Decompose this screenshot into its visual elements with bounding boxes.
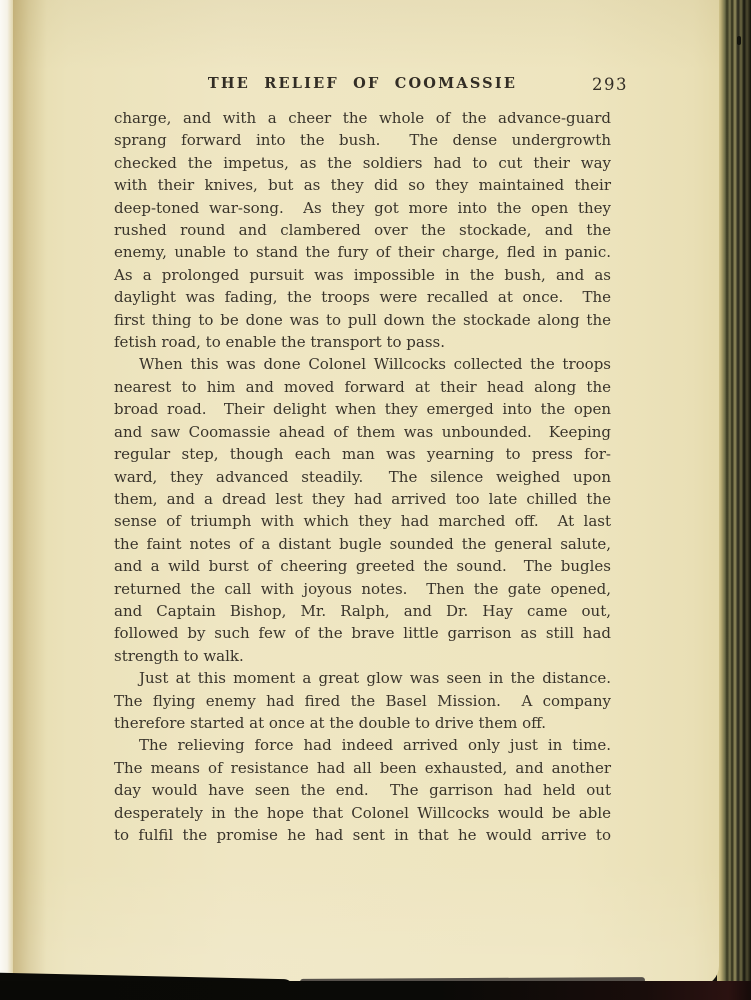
text-line: When this was done Colonel Willcocks col… [114,353,611,375]
text-line: checked the impetus, as the soldiers had… [114,152,611,174]
text-line: regular step, though each man was yearni… [114,443,611,465]
text-line: to fulfil the promise he had sent in tha… [114,824,611,846]
text-line: daylight was fading, the troops were rec… [114,286,611,308]
text-line: enemy, unable to stand the fury of their… [114,241,611,263]
facing-page-edge [0,0,13,1000]
text-line: As a prolonged pursuit was impossible in… [114,264,611,286]
text-line: with their knives, but as they did so th… [114,174,611,196]
text-line: and Captain Bishop, Mr. Ralph, and Dr. H… [114,600,611,622]
body-text-block: charge, and with a cheer the whole of th… [114,107,611,846]
text-line: therefore started at once at the double … [114,712,611,734]
page-header: THE RELIEF OF COOMASSIE 293 [114,74,611,96]
text-line: returned the call with joyous notes. The… [114,578,611,600]
text-line: first thing to be done was to pull down … [114,309,611,331]
text-line: The flying enemy had fired the Basel Mis… [114,690,611,712]
text-line: day would have seen the end. The garriso… [114,779,611,801]
text-line: fetish road, to enable the transport to … [114,331,611,353]
text-line: The relieving force had indeed arrived o… [114,734,611,756]
book-cover-bottom [0,981,751,1000]
text-line: and a wild burst of cheering greeted the… [114,555,611,577]
text-line: and saw Coomassie ahead of them was unbo… [114,421,611,443]
text-line: strength to walk. [114,645,611,667]
scan-speck [737,36,741,45]
text-line: ward, they advanced steadily. The silenc… [114,466,611,488]
page-number: 293 [592,75,628,94]
page-edge-stack [717,0,751,1000]
text-line: desperately in the hope that Colonel Wil… [114,802,611,824]
text-line: followed by such few of the brave little… [114,622,611,644]
text-line: rushed round and clambered over the stoc… [114,219,611,241]
book-page: THE RELIEF OF COOMASSIE 293 charge, and … [13,0,719,986]
text-line: Just at this moment a great glow was see… [114,667,611,689]
text-line: charge, and with a cheer the whole of th… [114,107,611,129]
text-line: nearest to him and moved forward at thei… [114,376,611,398]
text-line: deep-toned war-song. As they got more in… [114,197,611,219]
text-line: the faint notes of a distant bugle sound… [114,533,611,555]
text-line: sprang forward into the bush. The dense … [114,129,611,151]
text-line: broad road. Their delight when they emer… [114,398,611,420]
text-line: them, and a dread lest they had arrived … [114,488,611,510]
gutter-shadow [13,0,47,986]
text-line: sense of triumph with which they had mar… [114,510,611,532]
book-page-scan: THE RELIEF OF COOMASSIE 293 charge, and … [0,0,751,1000]
running-title: THE RELIEF OF COOMASSIE [114,74,611,94]
text-line: The means of resistance had all been exh… [114,757,611,779]
